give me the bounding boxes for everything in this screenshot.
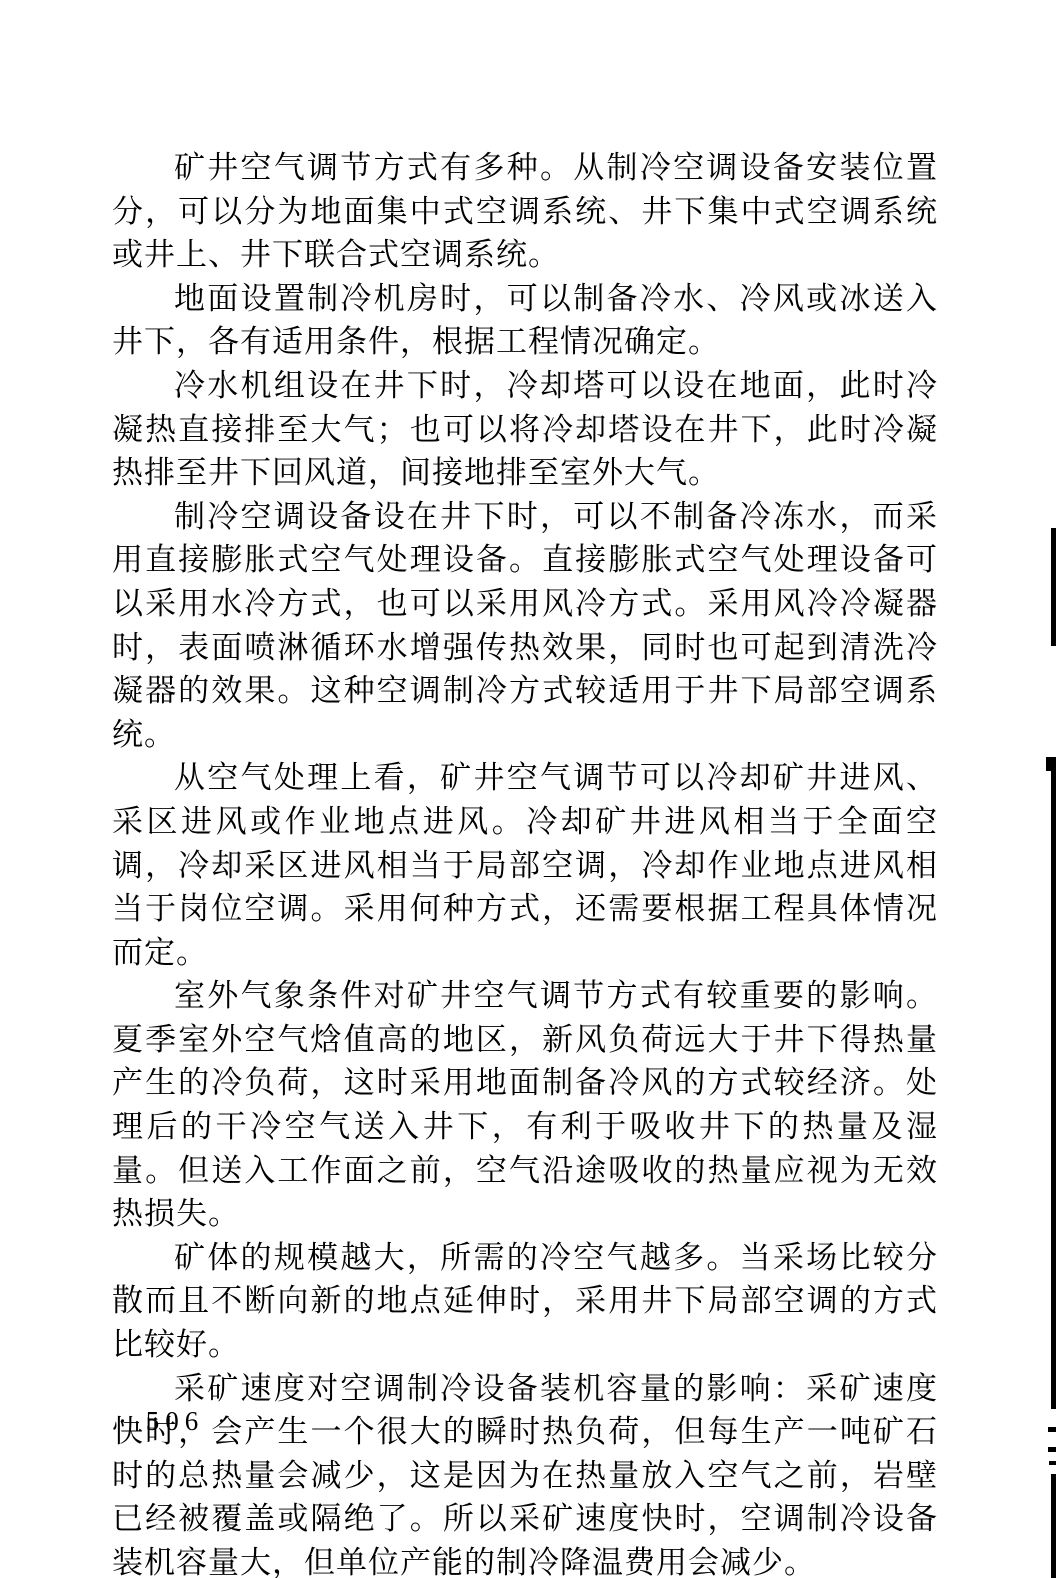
paragraph-surface-plant: 地面设置制冷机房时，可以制备冷水、冷风或冰送入井下，各有适用条件，根据工程情况确… [112,277,938,364]
paragraph-mining-speed: 采矿速度对空调制冷设备装机容量的影响：采矿速度快时，会产生一个很大的瞬时热负荷，… [112,1367,938,1578]
scan-edge-artifact-tick [1048,1427,1056,1432]
scan-edge-artifact-tick [1049,1461,1056,1465]
paragraph-direct-expansion: 制冷空调设备设在井下时，可以不制备冷冻水，而采用直接膨胀式空气处理设备。直接膨胀… [112,495,938,757]
paragraph-outdoor-climate: 室外气象条件对矿井空气调节方式有较重要的影响。夏季室外空气焓值高的地区，新风负荷… [112,974,938,1236]
scan-edge-artifact-lower [1051,1474,1056,1578]
paragraph-chiller-underground: 冷水机组设在井下时，冷却塔可以设在地面，此时冷凝热直接排至大气；也可以将冷却塔设… [112,364,938,495]
paragraph-ore-body-scale: 矿体的规模越大，所需的冷空气越多。当采场比较分散而且不断向新的地点延伸时，采用井… [112,1236,938,1367]
scan-edge-artifact-main [1051,757,1056,1409]
scan-edge-artifact-upper [1051,528,1056,646]
page-number: · 506 · [118,1406,232,1437]
scan-edge-artifact-notch [1046,757,1052,771]
paragraph-air-handling-scopes: 从空气处理上看，矿井空气调节可以冷却矿井进风、采区进风或作业地点进风。冷却矿井进… [112,756,938,974]
scanned-page: 矿井空气调节方式有多种。从制冷空调设备安装位置分，可以分为地面集中式空调系统、井… [0,0,1056,1578]
scan-edge-artifact-tick [1048,1447,1056,1452]
body-text: 矿井空气调节方式有多种。从制冷空调设备安装位置分，可以分为地面集中式空调系统、井… [112,146,938,1578]
paragraph-mine-ac-methods: 矿井空气调节方式有多种。从制冷空调设备安装位置分，可以分为地面集中式空调系统、井… [112,146,938,277]
